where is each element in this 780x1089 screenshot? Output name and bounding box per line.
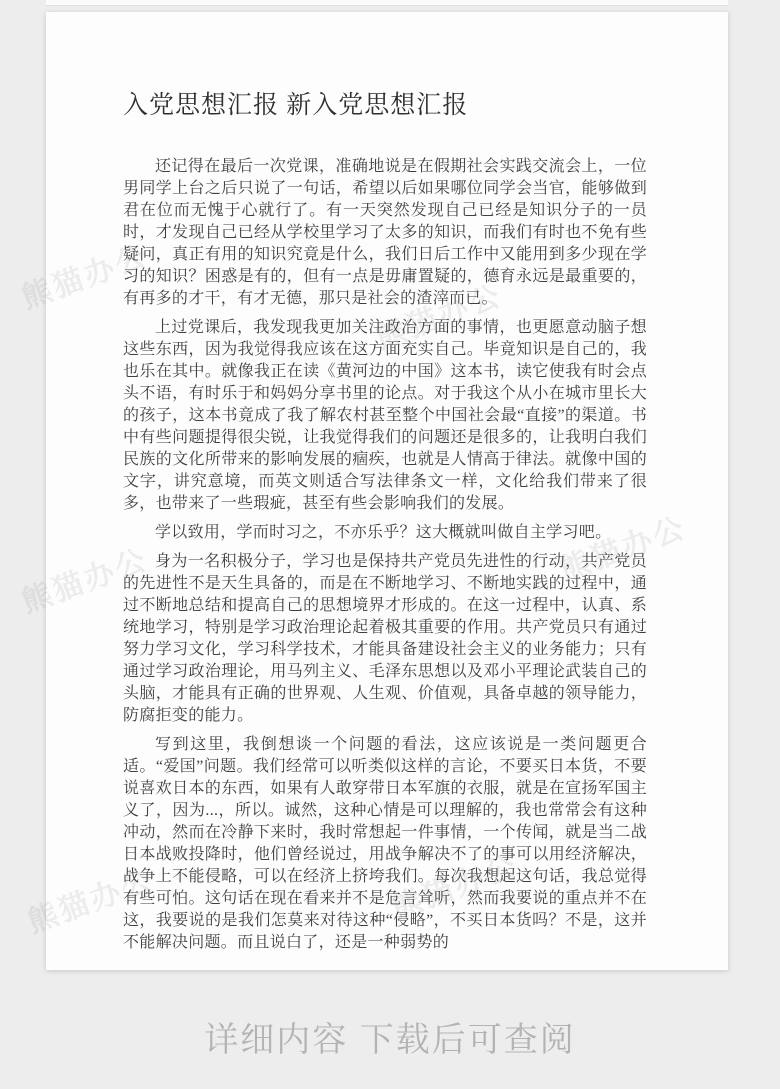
paragraph: 上过党课后，我发现我更加关注政治方面的事情，也更愿意动脑子想这些东西，因为我觉得… [123,317,647,515]
paragraph: 学以致用，学而时习之，不亦乐乎？这大概就叫做自主学习吧。 [123,522,647,544]
document-title: 入党思想汇报 新入党思想汇报 [123,92,647,120]
download-hint-text: 详细内容 下载后可查阅 [0,1012,780,1061]
document-page: 入党思想汇报 新入党思想汇报 还记得在最后一次党课，准确地说是在假期社会实践交流… [46,12,728,970]
document-body: 还记得在最后一次党课，准确地说是在假期社会实践交流会上，一位男同学上台之后只说了… [123,156,647,954]
paragraph: 还记得在最后一次党课，准确地说是在假期社会实践交流会上，一位男同学上台之后只说了… [123,156,647,310]
paragraph: 身为一名积极分子，学习也是保持共产党员先进性的行动，共产党员的先进性不是天生具备… [123,551,647,727]
paragraph: 写到这里，我倒想谈一个问题的看法，这应该说是一类问题更合适。“爱国”问题。我们经… [123,734,647,954]
previous-page-edge [46,0,728,6]
